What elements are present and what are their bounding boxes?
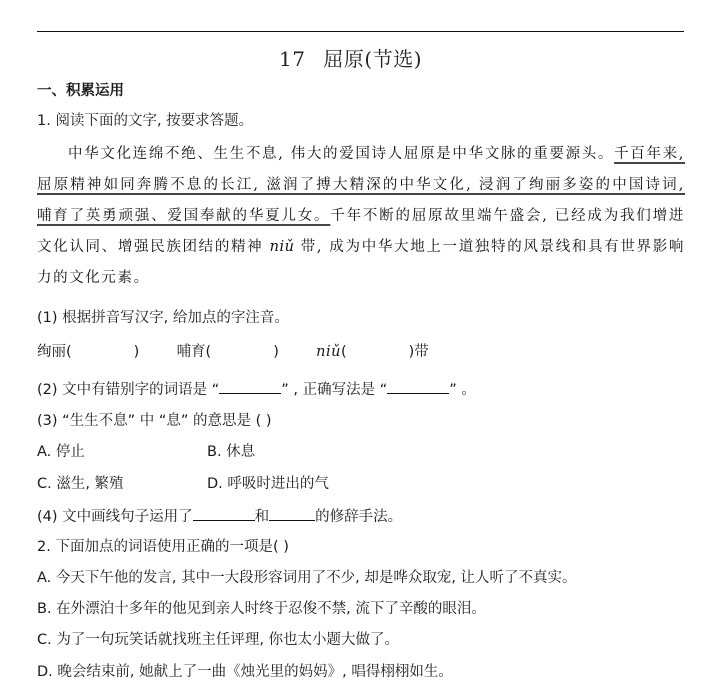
page-title: 17屈原(节选) <box>0 43 701 72</box>
lesson-number: 17 <box>279 47 305 71</box>
reading-passage: 中华文化连绵不绝、生生不息, 伟大的爱国诗人屈原是中华文脉的重要源头。千百年来,… <box>37 139 685 294</box>
blank-wrong-word[interactable] <box>219 379 281 394</box>
subquestion-2: (2) 文中有错别字的词语是 “” , 正确写法是 “” 。 <box>37 379 476 399</box>
question-2-prompt: 2. 下面加点的词语使用正确的一项是( ) <box>37 538 289 556</box>
blank-rhetoric-1[interactable] <box>193 506 255 521</box>
q2-option-c[interactable]: C. 为了一句玩笑话就找班主任评理, 你也太小题大做了。 <box>37 631 399 649</box>
subquestion-2-text-2: ” , 正确写法是 “ <box>281 382 387 398</box>
item-niu-pinyin: niǔ <box>316 344 341 360</box>
item-niu-suffix: )带 <box>409 344 429 360</box>
subquestion-3-options-row-2: C. 滋生, 繁殖 D. 呼吸时进出的气 <box>37 475 437 493</box>
subquestion-1-prompt: (1) 根据拼音写汉字, 给加点的字注音。 <box>37 309 289 327</box>
q2-option-d[interactable]: D. 晚会结束前, 她献上了一曲《烛光里的妈妈》, 唱得栩栩如生。 <box>37 663 453 681</box>
open-paren: ( <box>341 344 347 360</box>
question-1-prompt: 1. 阅读下面的文字, 按要求答题。 <box>37 112 253 130</box>
close-paren: ) <box>134 344 140 360</box>
subquestion-4: (4) 文中画线句子运用了和的修辞手法。 <box>37 506 402 526</box>
header-rule <box>37 31 684 32</box>
option-a[interactable]: A. 停止 <box>37 444 85 460</box>
option-c[interactable]: C. 滋生, 繁殖 <box>37 476 124 492</box>
passage-part-1: 中华文化连绵不绝、生生不息, 伟大的爱国诗人屈原是中华文脉的重要源头。 <box>68 146 614 162</box>
subquestion-1-answers: 绚丽() 哺育() niǔ()带 <box>37 343 429 361</box>
subquestion-3-options-row-1: A. 停止 B. 休息 <box>37 443 437 461</box>
section-marker: 一 <box>37 83 52 99</box>
blank-rhetoric-2[interactable] <box>269 506 315 521</box>
item-xuanli-label: 绚丽( <box>37 344 72 360</box>
subquestion-4-text-2: 和 <box>255 509 270 525</box>
q2-option-a[interactable]: A. 今天下午他的发言, 其中一大段形容词用了不少, 却是哗众取宠, 让人听了不… <box>37 569 577 587</box>
subquestion-4-text-3: 的修辞手法。 <box>315 509 402 525</box>
pinyin-niu: niǔ <box>270 239 295 255</box>
blank-correct-word[interactable] <box>387 379 449 394</box>
item-buyu-label: 哺育( <box>177 344 212 360</box>
subquestion-2-text-3: ” 。 <box>449 382 476 398</box>
subquestion-2-text-1: (2) 文中有错别字的词语是 “ <box>37 382 219 398</box>
option-d[interactable]: D. 呼吸时进出的气 <box>207 475 329 493</box>
subquestion-4-text-1: (4) 文中画线句子运用了 <box>37 509 193 525</box>
close-paren: ) <box>273 344 279 360</box>
section-label: 、积累运用 <box>52 83 125 99</box>
section-heading: 一、积累运用 <box>37 82 124 100</box>
lesson-title: 屈原(节选) <box>323 47 422 71</box>
subquestion-3-prompt: (3) “生生不息” 中 “息” 的意思是 ( ) <box>37 412 272 430</box>
option-b[interactable]: B. 休息 <box>207 443 255 461</box>
q2-option-b[interactable]: B. 在外漂泊十多年的他见到亲人时终于忍俊不禁, 流下了辛酸的眼泪。 <box>37 600 486 618</box>
